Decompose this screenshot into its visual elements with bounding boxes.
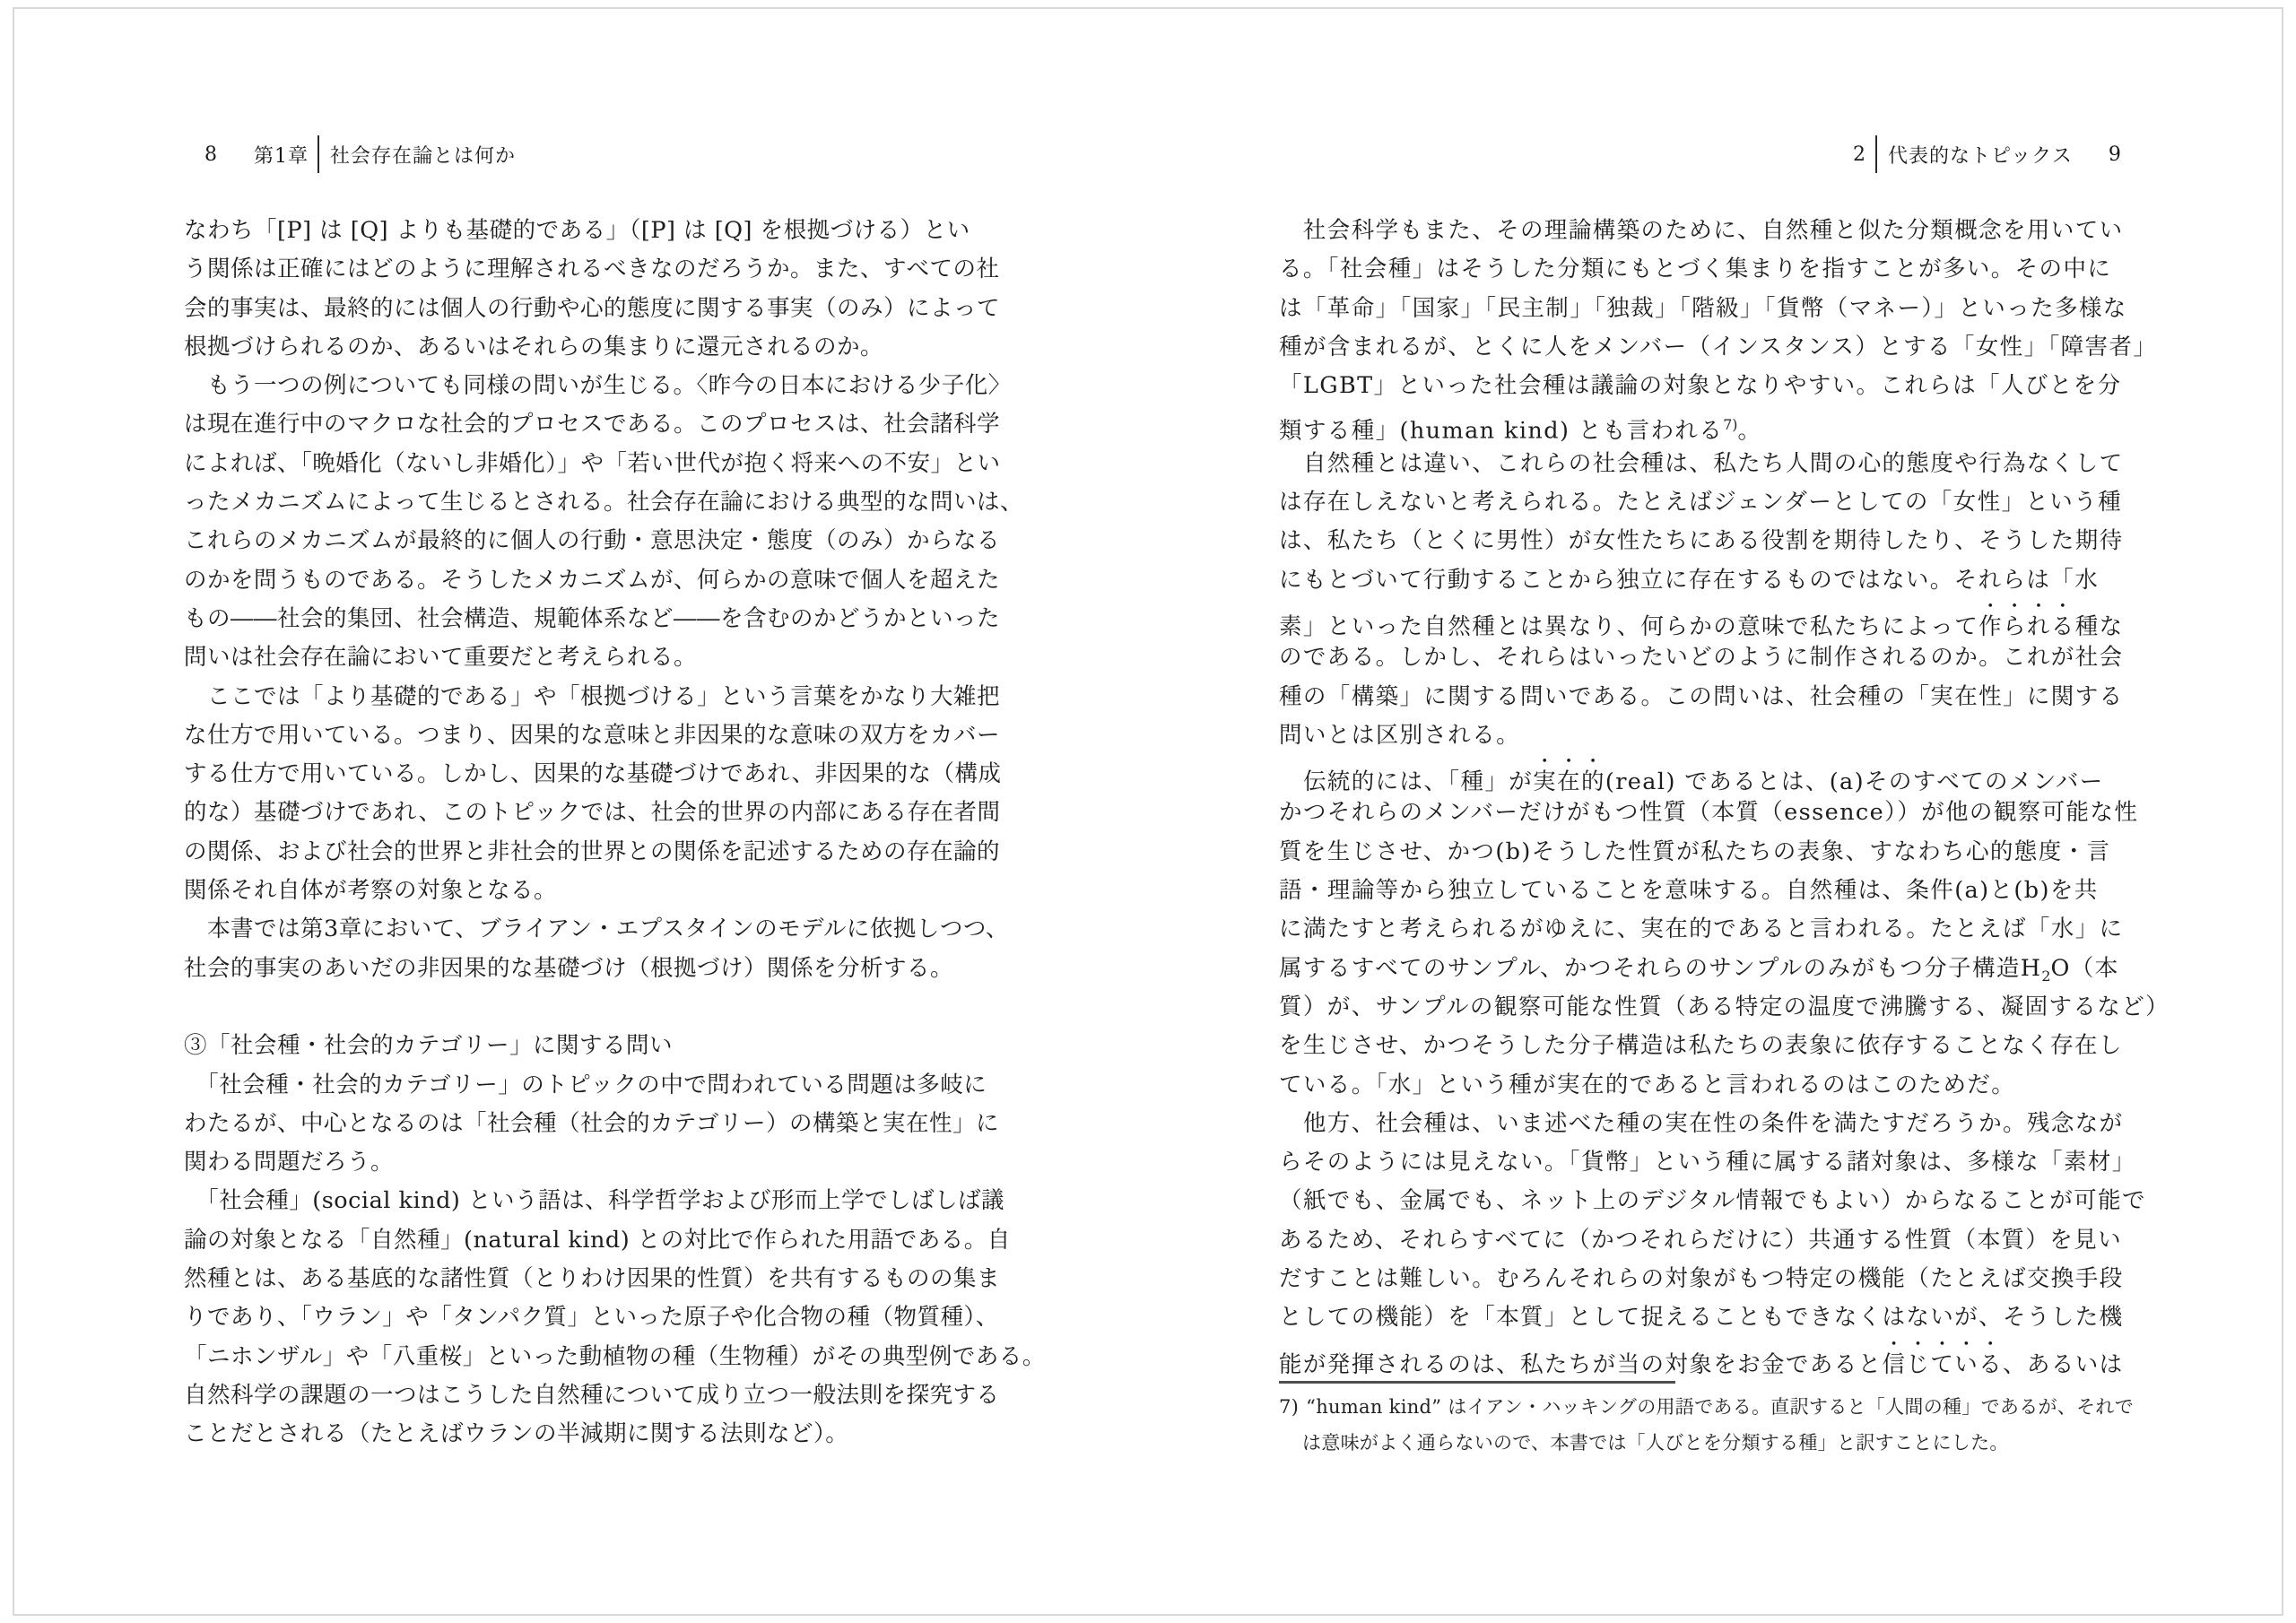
text-line: なわち「[P] は [Q] よりも基礎的である」（[P] は [Q] を根拠づけ… — [184, 212, 1002, 250]
text-line: に満たすと考えられるがゆえに、実在的であると言われる。たとえば「水」に — [1279, 910, 2126, 949]
text-segment: 種な — [2075, 613, 2124, 640]
text-line: もう一つの例についても同様の問いが生じる。〈昨今の日本における少子化〉 — [184, 367, 1002, 405]
emphasis-dotted-text: 信じている — [1883, 1351, 2004, 1378]
left-page-text-column: なわち「[P] は [Q] よりも基礎的である」（[P] は [Q] を根拠づけ… — [184, 212, 1002, 1454]
text-line: ことだとされる（たとえばウランの半減期に関する法則など）。 — [184, 1415, 1002, 1454]
text-line: のかを問うものである。そうしたメカニズムが、何らかの意味で個人を超えた — [184, 561, 1002, 600]
chapter-label: 第1章 — [254, 141, 309, 169]
running-head-left: 8 第1章 社会存在論とは何か — [204, 135, 516, 174]
paragraph-spacer — [184, 988, 1002, 1027]
text-line: の関係、および社会的世界と非社会的世界との関係を記述するための存在論的 — [184, 833, 1002, 872]
header-divider-bar — [1875, 135, 1877, 173]
text-line: 論の対象となる「自然種」(natural kind) との対比で作られた用語であ… — [184, 1221, 1002, 1260]
text-line: は、私たち（とくに男性）が女性たちにある役割を期待したり、そうした期待 — [1279, 522, 2126, 560]
text-segment: 。 — [1737, 418, 1761, 445]
paragraph: 自然種とは違い、これらの社会種は、私たち人間の心的態度や行為なくしては存在しえな… — [1279, 445, 2126, 755]
text-line: 「LGBT」といった社会種は議論の対象となりやすい。これらは「人びとを分 — [1279, 367, 2126, 405]
text-segment: 素」といった自然種とは異なり、何らかの意味で私たちによって — [1279, 613, 1979, 640]
footnote-rule — [1279, 1381, 1675, 1384]
book-spread: { "head_left": { "folio": "8", "chapter_… — [0, 0, 2296, 1623]
text-line: 自然種とは違い、これらの社会種は、私たち人間の心的態度や行為なくして — [1279, 445, 2126, 483]
text-segment: 属するすべてのサンプル、かつそれらのサンプルのみがもつ分子構造H — [1279, 955, 2041, 982]
text-line: わたるが、中心となるのは「社会種（社会的カテゴリー）の構築と実在性」に — [184, 1105, 1002, 1143]
text-segment: 類する種」(human kind) とも言われる — [1279, 418, 1723, 445]
paragraph: 「社会種・社会的カテゴリー」のトピックの中で問われている問題は多岐にわたるが、中… — [184, 1066, 1002, 1183]
right-page-text-column: 社会科学もまた、その理論構築のために、自然種と似た分類概念を用いている。「社会種… — [1279, 212, 2126, 1376]
text-line: 能が発揮されるのは、私たちが当の対象をお金であると信じている、あるいは — [1279, 1338, 2126, 1376]
text-segment: 能が発揮されるのは、私たちが当の対象をお金であると — [1279, 1351, 1883, 1378]
text-line: する仕方で用いている。しかし、因果的な基礎づけであれ、非因果的な（構成 — [184, 755, 1002, 794]
text-line: 「社会種・社会的カテゴリー」のトピックの中で問われている問題は多岐に — [184, 1066, 1002, 1105]
text-line: 他方、社会種は、いま述べた種の実在性の条件を満たすだろうか。残念なが — [1279, 1105, 2126, 1143]
text-line: としての機能）を「本質」として捉えることもできなくはないが、そうした機 — [1279, 1298, 2126, 1337]
text-line: る。「社会種」はそうした分類にもとづく集まりを指すことが多い。その中に — [1279, 250, 2126, 289]
text-line: は「革命」「国家」「民主制」「独裁」「階級」「貨幣（マネー）」といった多様な — [1279, 290, 2126, 328]
text-line: を生じさせ、かつそうした分子構造は私たちの表象に依存することなく存在し — [1279, 1027, 2126, 1065]
text-line: 語・理論等から独立していることを意味する。自然種は、条件(a)と(b)を共 — [1279, 872, 2126, 910]
header-divider-bar — [317, 135, 319, 173]
paragraph: 社会科学もまた、その理論構築のために、自然種と似た分類概念を用いている。「社会種… — [1279, 212, 2126, 445]
text-line: のである。しかし、それらはいったいどのように制作されるのか。これが社会 — [1279, 638, 2126, 677]
text-line: あるため、それらすべてに（かつそれらだけに）共通する性質（本質）を見い — [1279, 1221, 2126, 1260]
paragraph: 本書では第3章において、ブライアン・エプスタインのモデルに依拠しつつ、社会的事実… — [184, 910, 1002, 988]
running-head-right: 2 代表的なトピックス 9 — [1853, 135, 2122, 174]
text-line: ③「社会種・社会的カテゴリー」に関する問い — [184, 1027, 1002, 1065]
text-line: ったメカニズムによって生じるとされる。社会存在論における典型的な問いは、 — [184, 483, 1002, 522]
paragraph: もう一つの例についても同様の問いが生じる。〈昨今の日本における少子化〉は現在進行… — [184, 367, 1002, 677]
text-line: （紙でも、金属でも、ネット上のデジタル情報でもよい）からなることが可能で — [1279, 1182, 2126, 1220]
page-number-left: 8 — [204, 143, 218, 166]
text-line: ている。「水」という種が実在的であると言われるのはこのためだ。 — [1279, 1066, 2126, 1105]
text-line: 的な）基礎づけであれ、このトピックでは、社会的世界の内部にある存在者間 — [184, 794, 1002, 832]
footnote-line: は意味がよく通らないので、本書では「人びとを分類する種」と訳すことにした。 — [1279, 1425, 2140, 1461]
paragraph: 伝統的には、「種」が実在的(real) であるとは、(a)そのすべてのメンバーか… — [1279, 755, 2126, 1105]
section-title: 代表的なトピックス — [1888, 141, 2073, 169]
chapter-title: 社会存在論とは何か — [330, 141, 516, 169]
text-line: 「ニホンザル」や「八重桜」といった動植物の種（生物種）がその典型例である。 — [184, 1338, 1002, 1376]
chemical-subscript: 2 — [2041, 968, 2050, 985]
text-line: は存在しえないと考えられる。たとえばジェンダーとしての「女性」という種 — [1279, 483, 2126, 522]
text-segment: O（本 — [2050, 955, 2118, 982]
footnote-text: “human kind” はイアン・ハッキングの用語である。直訳すると「人間の種… — [1306, 1396, 2134, 1418]
text-line: 問いは社会存在論において重要だと考えられる。 — [184, 638, 1002, 677]
page-number-right: 9 — [2109, 143, 2122, 166]
text-line: う関係は正確にはどのように理解されるべきなのだろうか。また、すべての社 — [184, 250, 1002, 289]
text-line: 素」といった自然種とは異なり、何らかの意味で私たちによって作られる種な — [1279, 600, 2126, 638]
text-line: だすことは難しい。むろんそれらの対象がもつ特定の機能（たとえば交換手段 — [1279, 1260, 2126, 1298]
section-heading: ③「社会種・社会的カテゴリー」に関する問い — [184, 1027, 1002, 1065]
paragraph: なわち「[P] は [Q] よりも基礎的である」（[P] は [Q] を根拠づけ… — [184, 212, 1002, 367]
text-line: 質を生じさせ、かつ(b)そうした性質が私たちの表象、すなわち心的態度・言 — [1279, 833, 2126, 872]
text-line: によれば、「晩婚化（ないし非婚化）」や「若い世代が抱く将来への不安」とい — [184, 445, 1002, 483]
text-line: 質）が、サンプルの観察可能な性質（ある特定の温度で沸騰する、凝固するなど） — [1279, 988, 2126, 1027]
text-line: もの――社会的集団、社会構造、規範体系など――を含むのかどうかといった — [184, 600, 1002, 638]
text-line: な仕方で用いている。つまり、因果的な意味と非因果的な意味の双方をカバー — [184, 716, 1002, 755]
text-line: 然種とは、ある基底的な諸性質（とりわけ因果的性質）を共有するものの集ま — [184, 1260, 1002, 1298]
text-line: 本書では第3章において、ブライアン・エプスタインのモデルに依拠しつつ、 — [184, 910, 1002, 949]
text-line: 関わる問題だろう。 — [184, 1143, 1002, 1182]
text-line: 関係それ自体が考察の対象となる。 — [184, 872, 1002, 910]
footnote-reference: 7) — [1723, 416, 1737, 433]
text-line: にもとづいて行動することから独立に存在するものではない。それらは「水 — [1279, 561, 2126, 600]
text-line: 属するすべてのサンプル、かつそれらのサンプルのみがもつ分子構造H2O（本 — [1279, 950, 2126, 988]
section-number: 2 — [1853, 143, 1866, 166]
text-line: らそのようには見えない。「貨幣」という種に属する諸対象は、多様な「素材」 — [1279, 1143, 2126, 1182]
emphasis-dotted-text: 実在的 — [1533, 768, 1605, 795]
text-line: 問いとは区別される。 — [1279, 716, 2126, 755]
text-line: 社会科学もまた、その理論構築のために、自然種と似た分類概念を用いてい — [1279, 212, 2126, 250]
text-line: 社会的事実のあいだの非因果的な基礎づけ（根拠づけ）関係を分析する。 — [184, 950, 1002, 988]
text-line: は現在進行中のマクロな社会的プロセスである。このプロセスは、社会諸科学 — [184, 405, 1002, 444]
paragraph: 他方、社会種は、いま述べた種の実在性の条件を満たすだろうか。残念ながらそのように… — [1279, 1105, 2126, 1376]
text-line: 類する種」(human kind) とも言われる7)。 — [1279, 405, 2126, 444]
text-line: 自然科学の課題の一つはこうした自然種について成り立つ一般法則を探究する — [184, 1376, 1002, 1415]
text-line: かつそれらのメンバーだけがもつ性質（本質（essence））が他の観察可能な性 — [1279, 794, 2126, 832]
text-line: ここでは「より基礎的である」や「根拠づける」という言葉をかなり大雑把 — [184, 678, 1002, 716]
text-segment: 、あるいは — [2003, 1351, 2124, 1378]
text-segment: 伝統的には、「種」が — [1279, 768, 1533, 795]
text-line: 伝統的には、「種」が実在的(real) であるとは、(a)そのすべてのメンバー — [1279, 755, 2126, 794]
text-line: 根拠づけられるのか、あるいはそれらの集まりに還元されるのか。 — [184, 328, 1002, 367]
paragraph: 「社会種」(social kind) という語は、科学哲学および形而上学でしばし… — [184, 1182, 1002, 1454]
footnote: 7)“human kind” はイアン・ハッキングの用語である。直訳すると「人間… — [1279, 1389, 2140, 1461]
emphasis-dotted-text: 作られる — [1979, 613, 2075, 640]
footnote-marker: 7) — [1279, 1396, 1299, 1418]
text-segment: (real) であるとは、(a)そのすべてのメンバー — [1605, 768, 2104, 795]
text-line: 「社会種」(social kind) という語は、科学哲学および形而上学でしばし… — [184, 1182, 1002, 1220]
text-line: りであり、「ウラン」や「タンパク質」といった原子や化合物の種（物質種）、 — [184, 1298, 1002, 1337]
text-line: これらのメカニズムが最終的に個人の行動・意思決定・態度（のみ）からなる — [184, 522, 1002, 560]
paragraph: ここでは「より基礎的である」や「根拠づける」という言葉をかなり大雑把な仕方で用い… — [184, 678, 1002, 911]
footnote-line: 7)“human kind” はイアン・ハッキングの用語である。直訳すると「人間… — [1279, 1389, 2140, 1425]
text-line: 種の「構築」に関する問いである。この問いは、社会種の「実在性」に関する — [1279, 678, 2126, 716]
text-line: 会的事実は、最終的には個人の行動や心的態度に関する事実（のみ）によって — [184, 290, 1002, 328]
text-line: 種が含まれるが、とくに人をメンバー（インスタンス）とする「女性」「障害者」 — [1279, 328, 2126, 367]
